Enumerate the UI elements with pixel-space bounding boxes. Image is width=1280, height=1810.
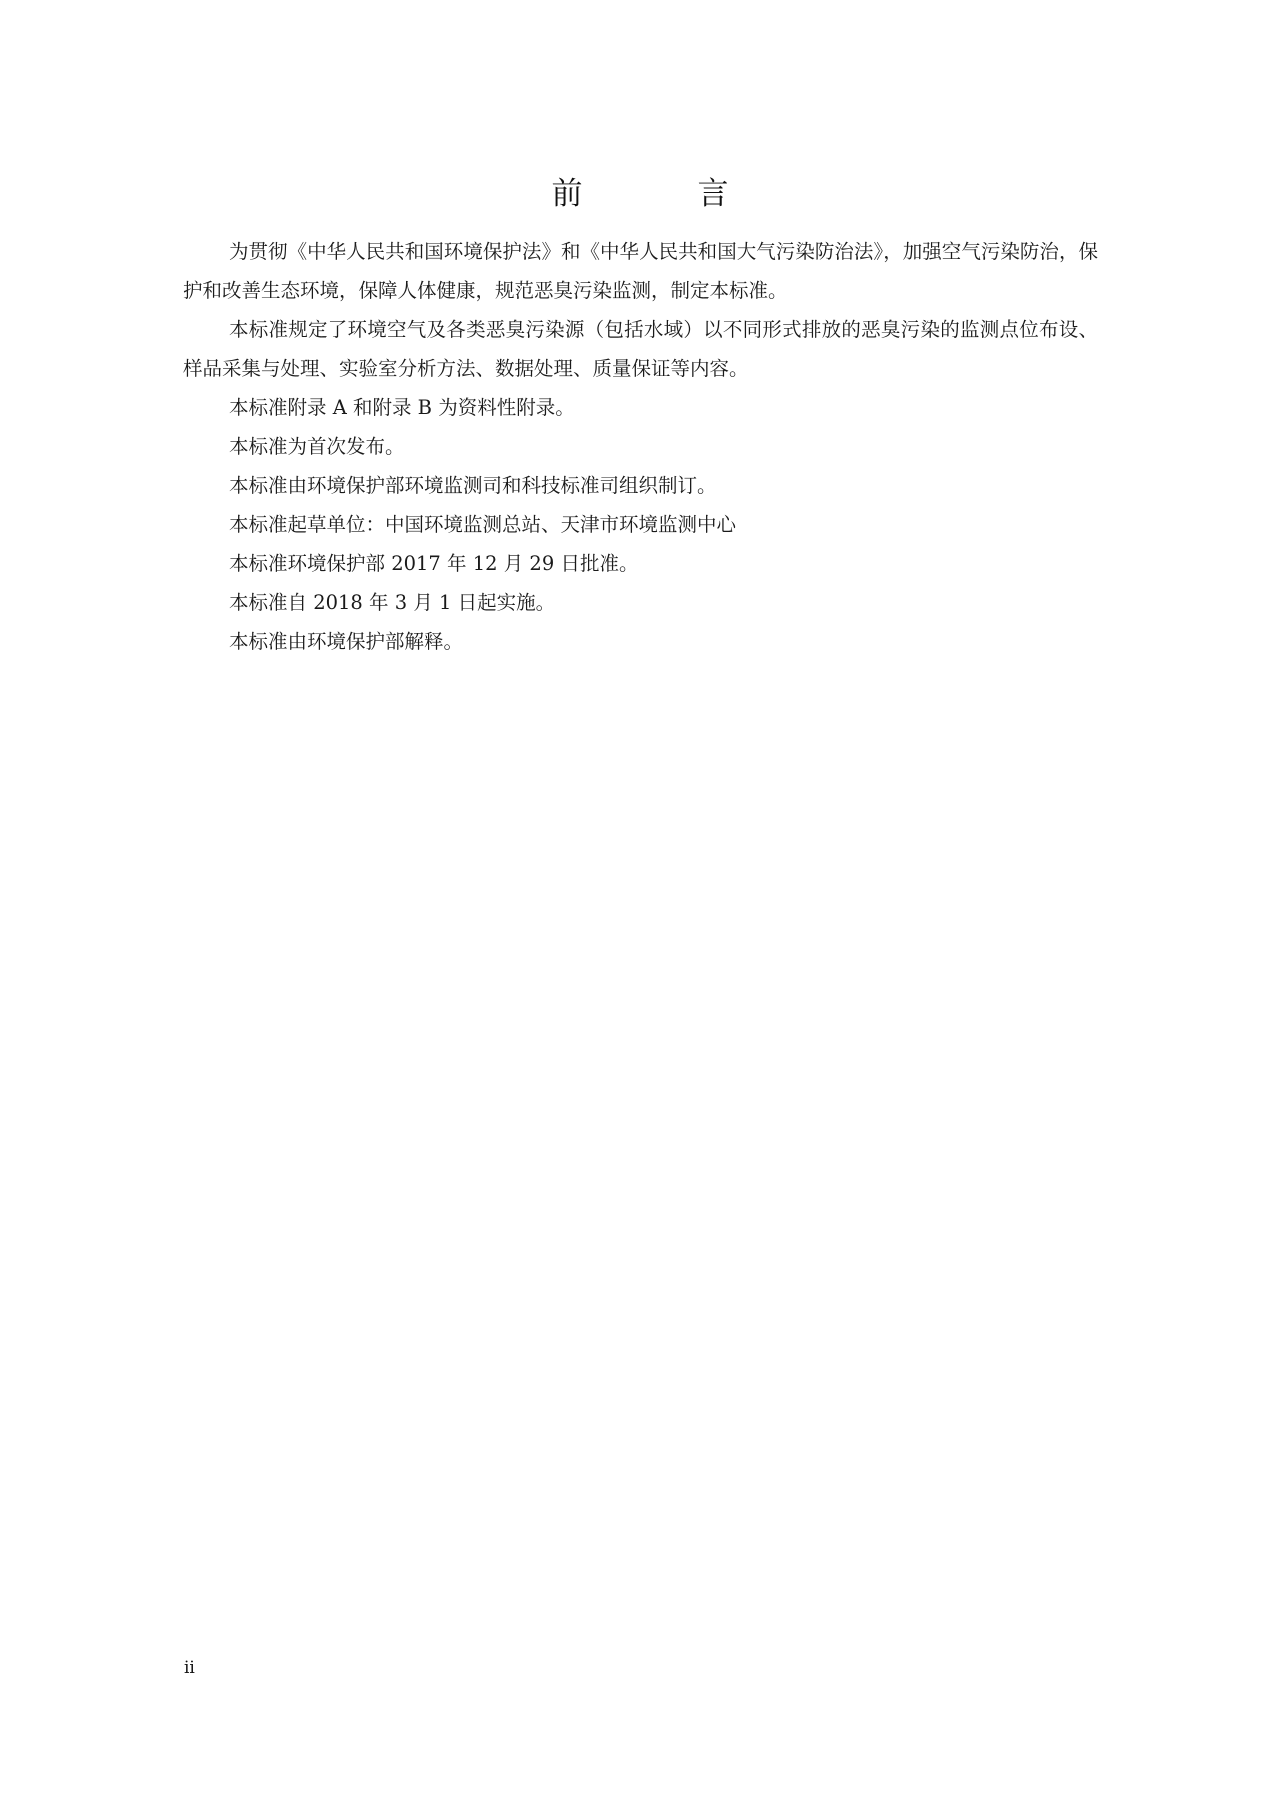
paragraph-purpose: 为贯彻《中华人民共和国环境保护法》和《中华人民共和国大气污染防治法》，加强空气污… (183, 232, 1098, 310)
paragraph-effective-date: 本标准自 2018 年 3 月 1 日起实施。 (183, 583, 1098, 622)
page-title: 前 言 (0, 168, 1280, 213)
paragraph-approval-date: 本标准环境保护部 2017 年 12 月 29 日批准。 (183, 544, 1098, 583)
paragraph-scope: 本标准规定了环境空气及各类恶臭污染源（包括水域）以不同形式排放的恶臭污染的监测点… (183, 310, 1098, 388)
paragraph-appendix: 本标准附录 A 和附录 B 为资料性附录。 (183, 388, 1098, 427)
paragraph-interpretation: 本标准由环境保护部解释。 (183, 622, 1098, 661)
paragraph-organizer: 本标准由环境保护部环境监测司和科技标准司组织制订。 (183, 466, 1098, 505)
document-page: 前 言 为贯彻《中华人民共和国环境保护法》和《中华人民共和国大气污染防治法》，加… (0, 0, 1280, 1810)
paragraph-drafting-units: 本标准起草单位：中国环境监测总站、天津市环境监测中心 (183, 505, 1098, 544)
paragraph-first-release: 本标准为首次发布。 (183, 427, 1098, 466)
foreword-body: 为贯彻《中华人民共和国环境保护法》和《中华人民共和国大气污染防治法》，加强空气污… (183, 232, 1098, 661)
page-number: ii (184, 1658, 195, 1678)
